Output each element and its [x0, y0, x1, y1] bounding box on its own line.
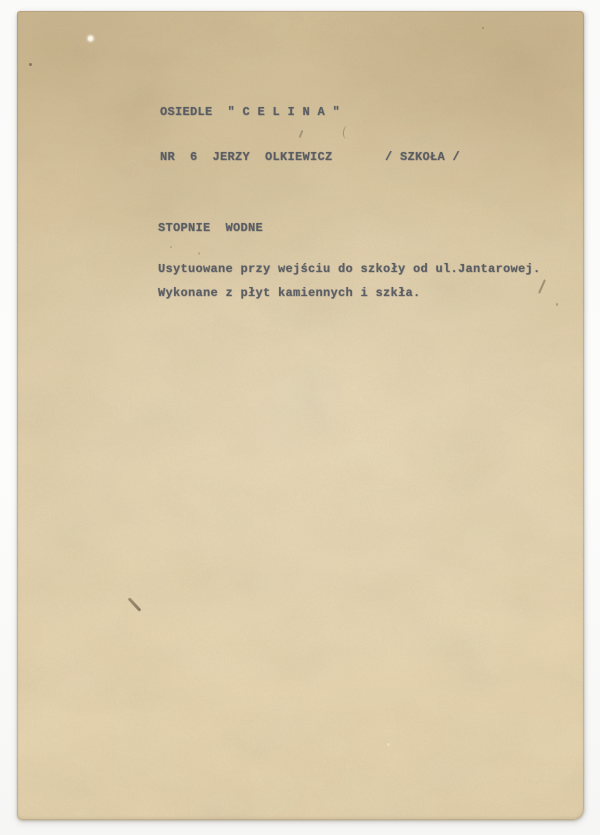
faint-pencil-mark — [299, 130, 304, 138]
document-page: OSIEDLE " C E L I N A " NR 6 JERZY OLKIE… — [17, 11, 584, 820]
paper-dark-speck — [170, 246, 172, 248]
faint-pencil-mark — [343, 126, 351, 139]
paper-dark-speck — [198, 252, 200, 255]
scratch-mark — [538, 279, 546, 294]
section-heading: STOPNIE WODNE — [158, 221, 263, 235]
estate-title-line: OSIEDLE " C E L I N A " — [160, 105, 340, 119]
body-text-line: Wykonane z płyt kamiennych i szkła. — [158, 286, 421, 300]
paper-dark-speck — [29, 63, 32, 66]
paper-white-fleck — [88, 36, 93, 41]
paper-white-fleck — [387, 743, 390, 746]
entry-number-author-line: NR 6 JERZY OLKIEWICZ — [160, 150, 333, 164]
paper-texture-overlay — [17, 11, 584, 820]
scratch-mark — [128, 597, 142, 611]
scanner-background: OSIEDLE " C E L I N A " NR 6 JERZY OLKIE… — [0, 0, 600, 835]
paper-dark-speck — [556, 303, 558, 306]
entry-category-label: / SZKOŁA / — [385, 150, 460, 164]
body-text-line: Usytuowane przy wejściu do szkoły od ul.… — [158, 262, 541, 276]
paper-dark-speck — [482, 27, 484, 29]
